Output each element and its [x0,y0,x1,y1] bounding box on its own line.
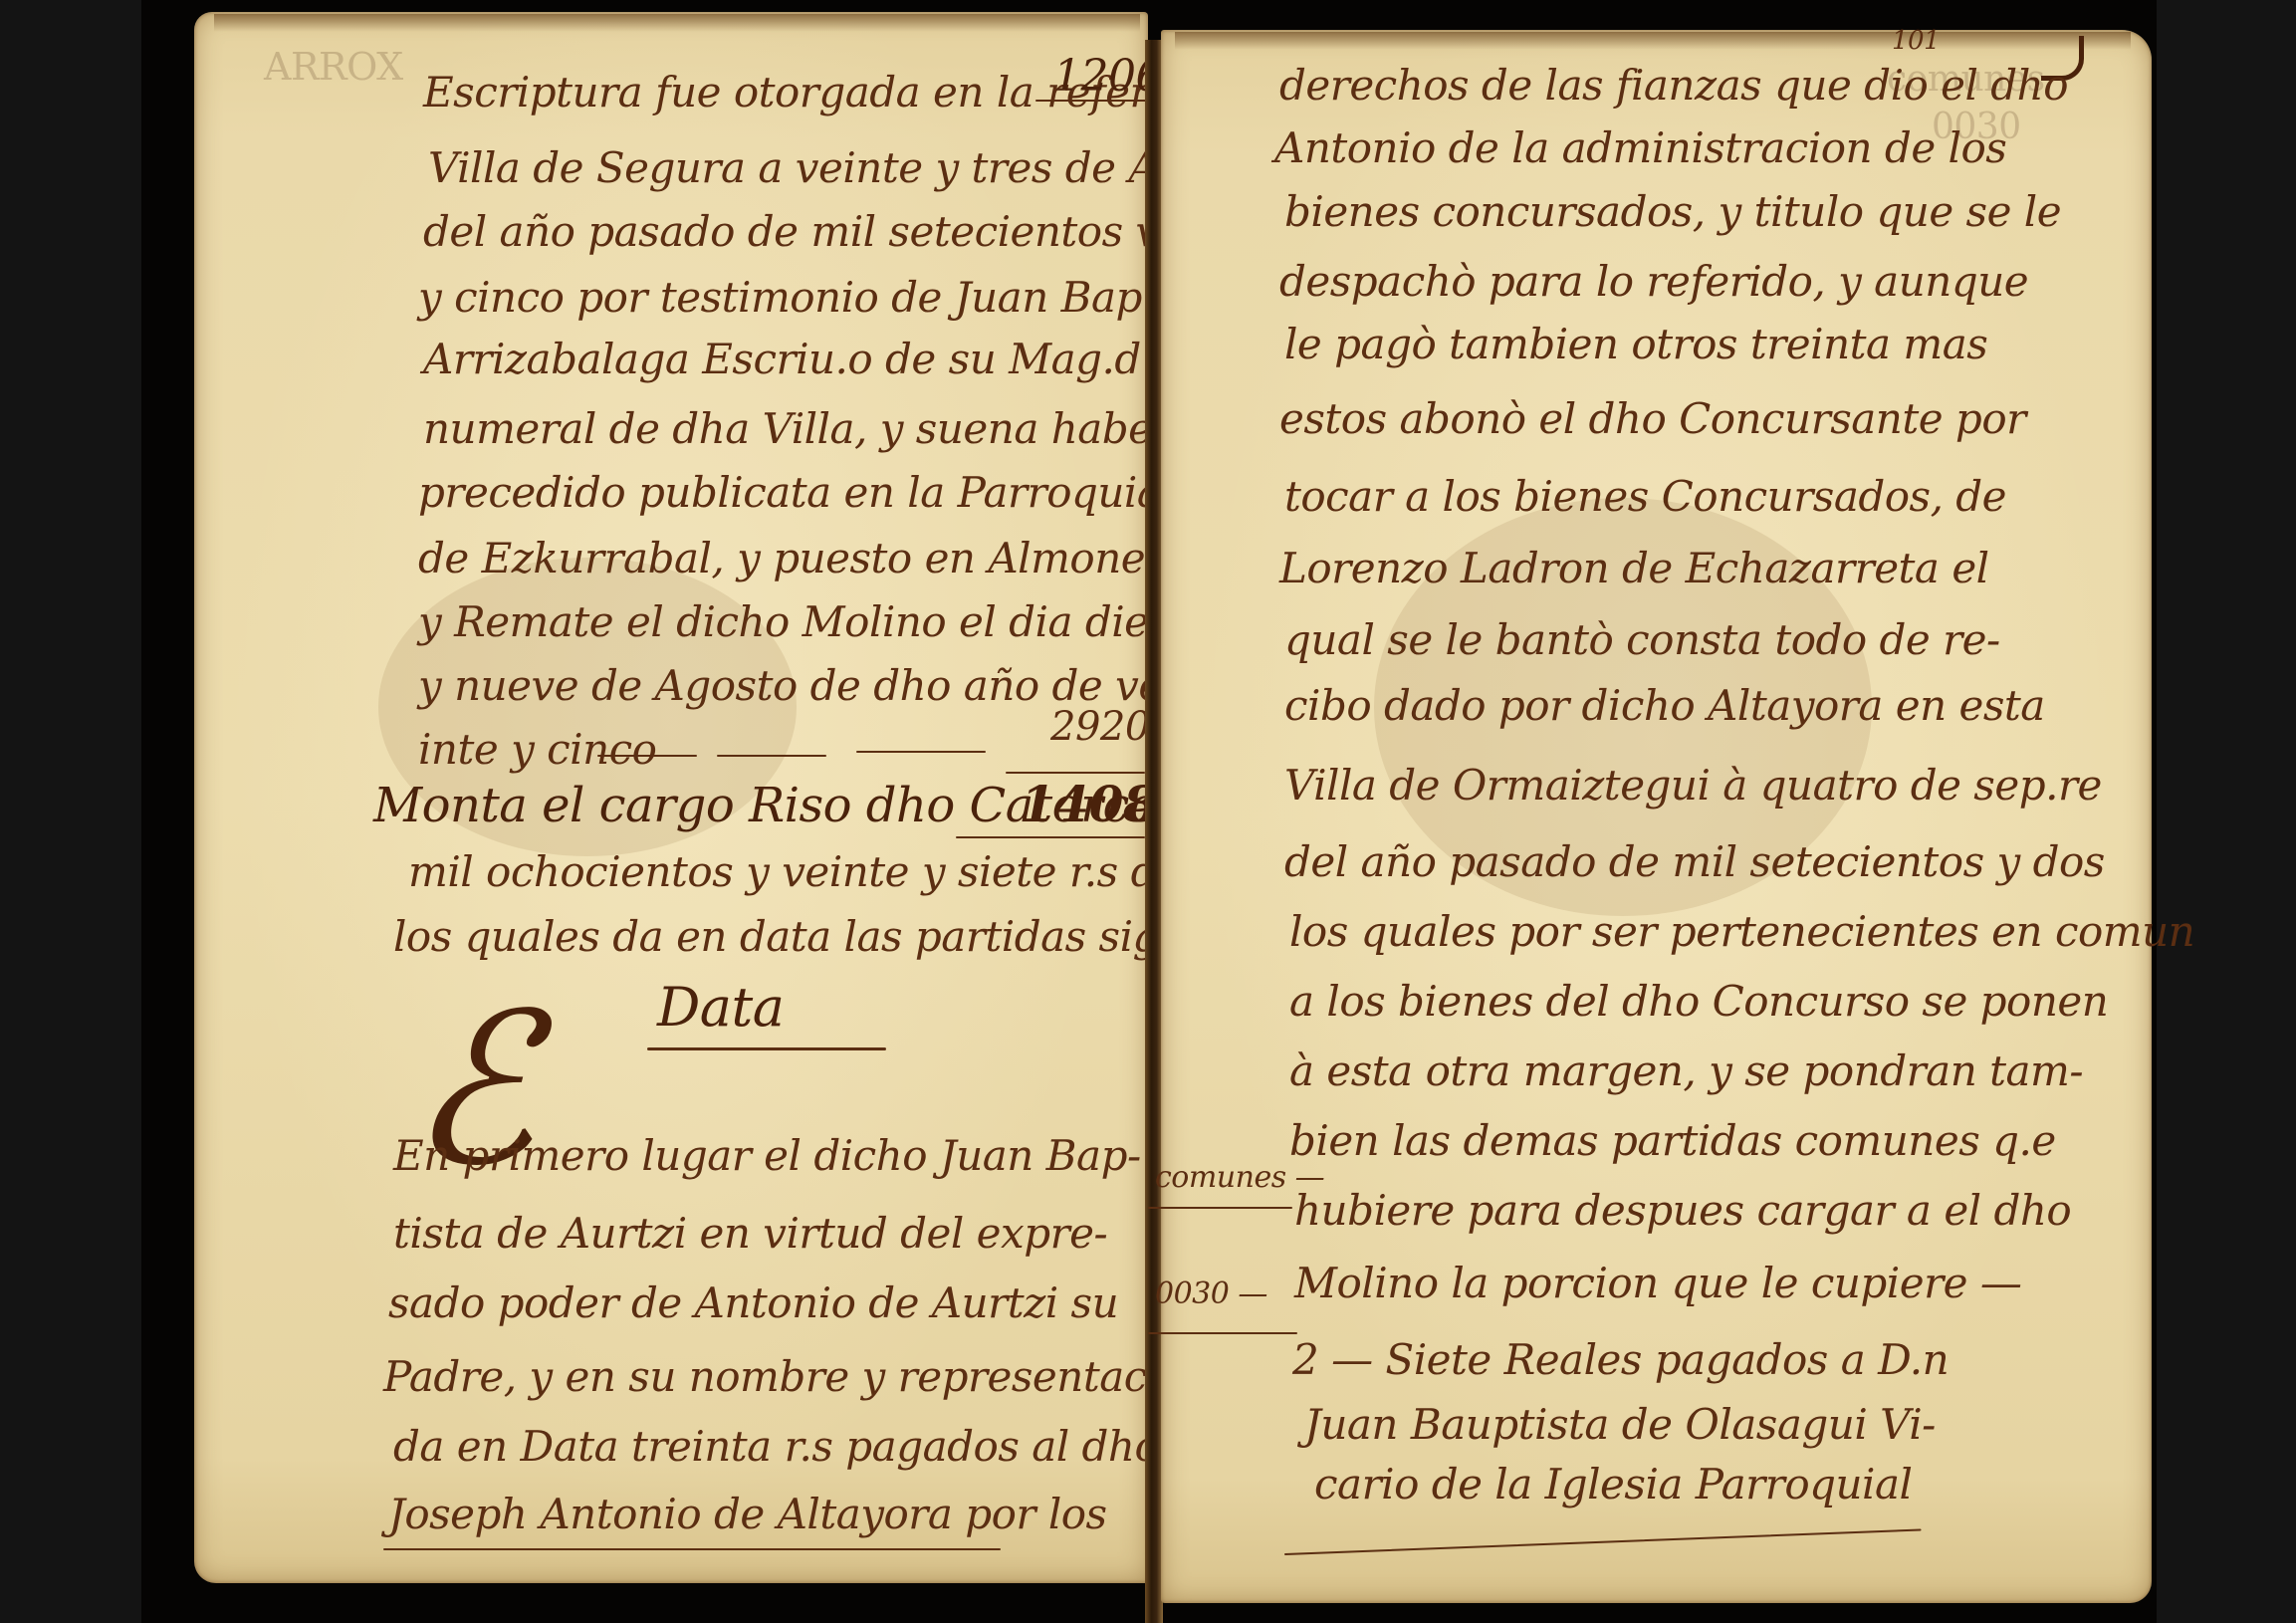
left-line-8: de Ezkurrabal, y puesto en Almoneda [418,538,1196,580]
left-line-7: precedido publicata en la Parroquial [418,472,1174,514]
margin-note-rule [1148,1207,1292,1209]
entry-end-rule [383,1548,1001,1550]
folio-number: 101 [1892,28,1940,54]
left-line-4: y cinco por testimonio de Juan Bap.ta de [418,277,1259,319]
data-line-6: Joseph Antonio de Altayora por los [388,1494,1107,1535]
right-line-11: Villa de Ormaiztegui à quatro de sep.re [1284,765,2102,807]
faint-bleed-through-text: ARROX [264,48,403,86]
data-line-4: Padre, y en su nombre y representacion [383,1356,1211,1398]
viewer-frame-left [0,0,141,1623]
right-page-worn-edge [1175,32,2131,50]
right-line-10: cibo dado por dicho Altayora en esta [1284,685,2045,727]
filler-dash [597,755,697,757]
right-line-8: Lorenzo Ladron de Echazarreta el [1279,548,1989,589]
right-line-7: tocar a los bienes Concursados, de [1284,476,2006,518]
right-line-16: bien las demas partidas comunes q.e [1289,1120,2056,1162]
right-line-12: del año pasado de mil setecientos y dos [1284,841,2105,883]
right-line-4: despachò para lo referido, y aunque [1279,261,2028,303]
left-line-5: Arrizabalaga Escriu.o de su Mag.d y [423,339,1177,380]
filler-dash [717,755,826,757]
right-line-17: hubiere para despues cargar a el dho [1294,1190,2071,1232]
right-line-21: cario de la Iglesia Parroquial [1314,1464,1912,1506]
right-line-6: estos abonò el dho Concursante por [1279,398,2026,440]
margin-note-rule [1148,1332,1297,1334]
section-heading-data: Data [657,981,784,1035]
margin-note-amount: 0030 — [1155,1279,1267,1309]
left-line-9: y Remate el dicho Molino el dia diez [418,601,1170,643]
left-line-6: numeral de dha Villa, y suena haber [423,408,1172,450]
left-page-worn-edge [214,14,1140,32]
total-overline [1006,772,1145,774]
right-line-15: à esta otra margen, y se pondran tam- [1289,1050,2083,1092]
data-line-5: da en Data treinta r.s pagados al dho [393,1426,1159,1468]
right-line-20: Juan Bauptista de Olasagui Vi- [1304,1404,1936,1446]
left-line-11: inte y cinco [418,729,656,771]
total-underline [956,836,1145,838]
data-line-1: En primero lugar el dicho Juan Bap- [393,1135,1141,1177]
right-line-1: derechos de las fianzas que dio el dho [1279,65,2068,107]
right-line-3: bienes concursados, y titulo que se le [1284,191,2061,233]
heading-underline [647,1047,886,1050]
right-line-2: Antonio de la administracion de los [1274,127,2006,169]
left-line-10: y nueve de Agosto de dho año de ve- [418,665,1176,707]
left-line-3: del año pasado de mil setecientos veinte [423,211,1263,253]
data-line-2: tista de Aurtzi en virtud del expre- [393,1213,1107,1255]
right-line-19: 2 — Siete Reales pagados a D.n [1292,1339,1949,1381]
right-line-18: Molino la porcion que le cupiere — [1294,1263,2021,1304]
data-line-3: sado poder de Antonio de Aurtzi su [388,1282,1118,1324]
viewer-frame-right [2157,0,2296,1623]
right-line-13: los quales por ser pertenecientes en com… [1289,911,2194,953]
right-line-5: le pagò tambien otros treinta mas [1284,324,1987,365]
margin-note-comunes: comunes — [1155,1163,1324,1193]
right-line-14: a los bienes del dho Concurso se ponen [1289,981,2108,1023]
amount-underline [1035,100,1147,102]
right-line-9: qual se le bantò consta todo de re- [1284,619,2000,661]
filler-dash [856,751,986,753]
